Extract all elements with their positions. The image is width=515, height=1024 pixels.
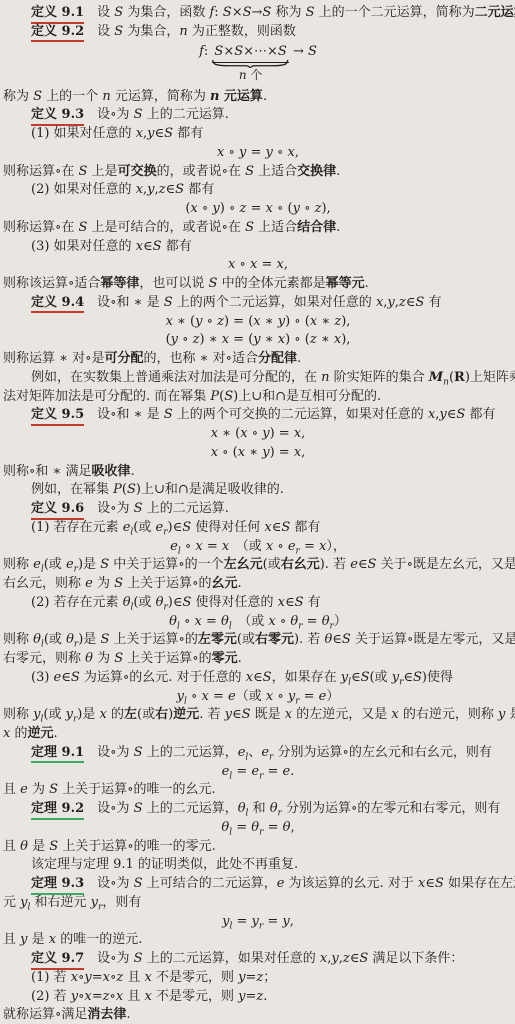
text-segment: e (350, 557, 358, 572)
text-segment: 幺元 (212, 576, 238, 591)
text-segment: ∘ (300, 201, 315, 216)
text-segment: S (114, 576, 123, 591)
definition-label: 定义 9.6 (31, 501, 84, 520)
text-segment: 设∘为 (84, 951, 134, 966)
text-line: 定理 9.1 设∘为 S 上的二元运算，el、er 分别为运算∘的左幺元和右幺元… (3, 744, 513, 763)
text-segment: = (232, 914, 251, 929)
text-line: 例如，在实数集上普通乘法对加法是可分配的，在 n 阶实矩阵的集合 Mn(R)上矩… (3, 369, 513, 388)
text-segment: = (246, 201, 265, 216)
text-segment: 则称∘和 ∗ 满足 (3, 464, 91, 479)
text-line: 右幺元，则称 e 为 S 上关于运算∘的幺元. (3, 575, 513, 594)
text-segment: x (240, 426, 247, 441)
text-line: 定义 9.7 设∘为 S 上的二元运算，如果对任意的 x,y,z∈S 满足以下条… (3, 950, 513, 969)
text-segment: y (212, 201, 219, 216)
formula-line: θl ∘ x = θl （或 x ∘ θr = θr） (3, 613, 513, 632)
text-segment: y (278, 314, 285, 329)
text-segment: y (177, 689, 184, 704)
text-segment: 吸收律 (91, 464, 130, 479)
text-segment: z (343, 951, 350, 966)
text-segment: = (92, 970, 103, 985)
text-segment: e (85, 576, 93, 591)
text-segment: ) = (270, 426, 294, 441)
text-segment: 和 (248, 801, 269, 816)
text-segment: ∘ ( (273, 201, 293, 216)
text-segment: . (365, 276, 369, 291)
text-segment: 上关于运算∘的 (123, 651, 212, 666)
text-segment: (2) 若 (31, 989, 71, 1004)
text-segment: 例如，在实数集上普通乘法对加法是可分配的，在 (31, 370, 321, 385)
text-segment: 为集合， (123, 24, 179, 39)
theorem-label: 定理 9.1 (31, 745, 84, 764)
text-line: 则称该运算∘适合幂等律，也可以说 S 中的全体元素都是幂等元. (3, 275, 513, 294)
text-segment: z (103, 989, 110, 1004)
definition-label: 定义 9.5 (31, 407, 84, 426)
text-segment: . 若 (199, 707, 224, 722)
text-segment: = (300, 689, 319, 704)
text-segment: y (33, 707, 40, 722)
text-line: 称为 S 上的一个 n 元运算，简称为 n 元运算. (3, 88, 513, 107)
text-segment: ∘ (202, 314, 217, 329)
text-segment: 上可结合的二元运算， (143, 876, 277, 891)
text-segment: S (164, 407, 173, 422)
text-segment: 且 (3, 782, 20, 797)
textbook-page: 定义 9.1 设 S 为集合，函数 f: S×S→S 称为 S 上的一个二元运算… (0, 0, 515, 1024)
text-segment: 都有 (290, 520, 320, 535)
text-segment: S (262, 5, 271, 20)
text-segment: (3) (31, 670, 54, 685)
text-line: 右零元，则称 θ 为 S 上关于运算∘的零元. (3, 650, 513, 669)
text-segment: (3) 如果对任意的 (31, 239, 136, 254)
definition-label: 定义 9.1 (31, 5, 84, 24)
text-segment: ), (341, 314, 350, 329)
formula-line-underbrace: f: S×S×⋯×Sn 个 → S (3, 42, 513, 88)
text-segment: y (66, 707, 73, 722)
text-line: 则称运算∘在 S 上是可结合的，或者说∘在 S 上适合结合律. (3, 219, 513, 238)
text-segment: x (211, 426, 218, 441)
text-segment: S (71, 670, 80, 685)
text-segment: = (203, 539, 222, 554)
text-segment: y (147, 126, 154, 141)
text-segment: . (263, 89, 267, 104)
text-segment: ∈ (406, 295, 416, 310)
text-segment: 上适合 (254, 220, 297, 235)
text-segment: = (263, 764, 282, 779)
text-segment: x (103, 970, 110, 985)
text-line: 则称 el(或 er)是 S 中关于运算∘的一个左幺元(或右幺元). 若 e∈S… (3, 556, 513, 575)
text-line: 则称∘和 ∗ 满足吸收律. (3, 463, 513, 482)
text-segment: e (33, 557, 41, 572)
text-segment: ∘ (187, 689, 202, 704)
text-segment: S (164, 295, 173, 310)
text-segment: ) ∘ (220, 201, 240, 216)
text-segment: )是 (78, 632, 100, 647)
text-segment: )上矩阵乘 (465, 370, 515, 385)
text-segment: . (290, 764, 294, 779)
text-segment: 上关于运算∘的 (109, 632, 198, 647)
text-segment: x (136, 126, 143, 141)
text-segment: ∈ (332, 632, 342, 647)
text-segment: 的右逆元，则称 (399, 707, 498, 722)
text-segment: 结合律 (297, 220, 336, 235)
formula-line: x ∘ y = y ∘ x, (3, 144, 513, 163)
text-segment: = (92, 989, 103, 1004)
formula-line: yl = yr = y, (3, 913, 513, 932)
text-segment: θ (322, 614, 330, 629)
text-segment: ∘ (198, 201, 213, 216)
text-segment: y (439, 407, 446, 422)
text-segment: 二元运算 (475, 5, 515, 20)
text-segment: S (100, 557, 109, 572)
text-segment: e (228, 689, 236, 704)
text-segment: 阶实矩阵的集合 (330, 370, 429, 385)
text-segment: (1) 若 (31, 970, 71, 985)
text-line: 该定理与定理 9.1 的证明类似，此处不再重复. (3, 856, 513, 875)
text-segment: . (126, 1007, 130, 1022)
text-segment: 上的二元运算. (143, 107, 229, 122)
text-segment: S (224, 389, 233, 404)
text-segment: 关于运算∘既是左零元，又是 (351, 632, 515, 647)
text-segment: (1) 若存在元素 (31, 520, 123, 535)
text-segment: S (134, 745, 143, 760)
text-segment: ∈ (403, 670, 413, 685)
text-segment: 分别为运算∘的左幺元和右幺元，则有 (273, 745, 492, 760)
text-segment: x (71, 970, 78, 985)
text-line: 则称运算 ∗ 对∘是可分配的，也称 ∗ 对∘适合分配律. (3, 350, 513, 369)
text-segment: ，则有 (102, 895, 141, 910)
text-segment: 设 (84, 5, 114, 20)
text-segment: 中的全体元素都是 (217, 276, 325, 291)
text-segment: ) = (270, 445, 294, 460)
text-segment: . (297, 351, 301, 366)
text-segment: )∈ (168, 595, 183, 610)
text-segment: x (166, 314, 173, 329)
text-segment: ，也可以说 (139, 276, 208, 291)
text-segment: y (171, 332, 178, 347)
text-segment: （或 (229, 539, 266, 554)
text-segment: 和右逆元 (30, 895, 90, 910)
definition-label: 定义 9.2 (31, 24, 84, 43)
text-segment: x (277, 257, 284, 272)
text-segment: ∘ (273, 539, 288, 554)
text-line: 定理 9.2 设∘为 S 上的二元运算，θl 和 θr 分别为运算∘的左零元和右… (3, 800, 513, 819)
text-segment: （或 (232, 614, 269, 629)
text-segment: 使得对任何 (191, 520, 264, 535)
text-segment: 上的一个 (42, 89, 102, 104)
text-segment: 不是零元，则 (152, 970, 238, 985)
text-segment: ∘ (178, 332, 193, 347)
text-segment: = (300, 539, 319, 554)
text-segment: y (293, 201, 300, 216)
text-segment: ∈ (61, 670, 71, 685)
text-segment: (或 (137, 707, 155, 722)
text-segment: θ (85, 651, 93, 666)
text-segment: (或 (43, 707, 65, 722)
theorem-label: 定理 9.2 (31, 801, 84, 820)
definition-label: 定义 9.3 (31, 107, 84, 126)
text-segment: ∗ (317, 314, 334, 329)
text-segment: 元运算，简称为 (111, 89, 210, 104)
text-segment: ∘ (224, 145, 239, 160)
formula-line: el = er = e. (3, 763, 513, 782)
text-line: 则称运算∘在 S 上是可交换的，或者说∘在 S 上适合交换律. (3, 163, 513, 182)
text-segment: z (310, 332, 317, 347)
text-segment: 逆元 (27, 726, 53, 741)
text-segment: y (266, 145, 273, 160)
text-segment: z (399, 295, 406, 310)
text-segment: ∈ (351, 670, 361, 685)
text-line: 定义 9.3 设∘为 S 上的二元运算. (3, 106, 513, 125)
text-segment: n (179, 24, 187, 39)
text-segment: n (321, 370, 329, 385)
text-segment: 且 (123, 970, 144, 985)
text-segment: x (285, 707, 292, 722)
text-segment: = (232, 820, 251, 835)
text-line: 定义 9.6 设∘为 S 上的二元运算. (3, 500, 513, 519)
text-segment: ) = ( (224, 314, 253, 329)
text-segment: y (253, 332, 260, 347)
text-segment: S (214, 44, 223, 59)
text-line: 元 yl 和右逆元 yr，则有 (3, 894, 513, 913)
text-segment: 上的二元运算， (143, 745, 238, 760)
text-segment: 消去律 (87, 1007, 126, 1022)
text-segment: , (284, 257, 288, 272)
text-segment: S (114, 5, 123, 20)
text-segment: S (153, 239, 162, 254)
text-segment: 就称运算∘满足 (3, 1007, 87, 1022)
text-segment: ∘ (276, 614, 291, 629)
text-segment: 都有 (162, 239, 192, 254)
text-segment: ), (321, 201, 330, 216)
text-segment: 为 (93, 651, 114, 666)
text-segment: θ (66, 632, 74, 647)
text-segment: 上关于运算∘的 (123, 576, 212, 591)
text-segment: S (295, 595, 304, 610)
text-segment: 法对矩阵加法是可分配的. 而在幂集 (3, 389, 210, 404)
text-segment: ∘ (248, 426, 263, 441)
text-segment: ) ∗ (200, 332, 222, 347)
text-segment: S (278, 44, 287, 59)
text-segment: , (290, 914, 294, 929)
text-segment: 设∘为 (84, 801, 134, 816)
text-segment: 设 (84, 24, 114, 39)
text-segment: x (246, 670, 253, 685)
text-segment: (或 (44, 557, 66, 572)
text-segment: x (391, 707, 398, 722)
text-segment: . (131, 464, 135, 479)
text-segment: 上的两个可交换的二元运算，如果对任意的 (173, 407, 428, 422)
text-segment: y (84, 970, 91, 985)
text-segment: S (134, 876, 143, 891)
text-segment: x (268, 614, 275, 629)
text-segment: 分配律 (258, 351, 297, 366)
text-line: 定义 9.4 设∘和 ∗ 是 S 上的两个二元运算，如果对任意的 x,y,z∈S… (3, 294, 513, 313)
theorem-label: 定理 9.3 (31, 876, 84, 895)
text-segment: ∈ (350, 951, 360, 966)
text-line: (1) 如果对任意的 x,y∈S 都有 (3, 125, 513, 144)
text-segment: 元运算 (219, 89, 263, 104)
text-segment: x (211, 445, 218, 460)
text-segment: . (238, 576, 242, 591)
text-segment: z (159, 182, 166, 197)
text-segment: , (290, 820, 294, 835)
text-segment: S (342, 632, 351, 647)
text-segment: 上适合 (254, 164, 297, 179)
text-line: 定义 9.1 设 S 为集合，函数 f: S×S→S 称为 S 上的一个二元运算… (3, 4, 513, 23)
text-segment: 设∘和 ∗ 是 (84, 407, 164, 422)
text-segment: = (257, 257, 276, 272)
text-segment: (或 (369, 670, 391, 685)
text-segment: 为正整数，则函数 (188, 24, 296, 39)
text-line: 且 θ 是 S 上关于运算∘的唯一的零元. (3, 838, 513, 857)
text-line: (2) 若 y∘x=z∘x 且 x 不是零元，则 y=z. (3, 988, 513, 1007)
text-segment: y (262, 445, 269, 460)
text-segment: x (84, 989, 91, 1004)
text-segment: 称为 (3, 89, 33, 104)
definition-label: 定义 9.4 (31, 295, 84, 314)
text-segment: 左零元 (198, 632, 237, 647)
text-segment: S (134, 801, 143, 816)
text-segment: ) ∘ ( (285, 332, 310, 347)
text-segment: x (195, 539, 202, 554)
text-segment: . (263, 989, 267, 1004)
text-segment: y (225, 707, 232, 722)
text-segment: y (20, 895, 27, 910)
text-segment: 幂等律 (100, 276, 139, 291)
text-segment: 则称运算∘在 (3, 220, 79, 235)
text-segment: )使得 (422, 670, 453, 685)
text-line: 则称 yl(或 yr)是 x 的左(或右)逆元. 若 y∈S 既是 x 的左逆元… (3, 706, 513, 725)
text-segment: × (223, 44, 234, 59)
text-segment: （或 (236, 689, 266, 704)
text-segment: n (210, 89, 219, 104)
text-segment: 且 (3, 932, 20, 947)
text-segment: θ (221, 614, 229, 629)
text-segment: ), (341, 332, 350, 347)
text-line: 定理 9.3 设∘为 S 上可结合的二元运算，e 为该运算的幺元. 对于 x∈S… (3, 875, 513, 894)
text-segment: 使得对任意的 (191, 595, 277, 610)
text-segment: ). 若 (320, 557, 350, 572)
text-segment: (或 (133, 595, 155, 610)
text-segment: ∈ (425, 876, 435, 891)
text-segment: = (303, 614, 322, 629)
text-segment: z (193, 332, 200, 347)
text-segment: e (288, 539, 296, 554)
text-segment: , (295, 145, 299, 160)
text-segment: S (134, 501, 143, 516)
text-segment: y (20, 932, 27, 947)
text-segment: S (182, 520, 191, 535)
text-segment: e (66, 557, 74, 572)
text-line: 定义 9.2 设 S 为集合，n 为正整数，则函数 (3, 23, 513, 42)
text-segment: 可分配 (104, 351, 143, 366)
underbrace-count-label: n 个 (212, 68, 288, 82)
text-segment: 且 (3, 839, 20, 854)
text-segment: x (145, 989, 152, 1004)
text-segment: 如果存在左逆 (444, 876, 515, 891)
text-segment: x (288, 145, 295, 160)
text-line: 定义 9.5 设∘和 ∗ 是 S 上的两个可交换的二元运算，如果对任意的 x,y… (3, 406, 513, 425)
text-segment: 为运算∘的幺元. 对于任意的 (80, 670, 246, 685)
text-segment: S (114, 24, 123, 39)
text-segment: . (238, 651, 242, 666)
text-segment: S (359, 951, 368, 966)
text-segment: 都有 (173, 126, 203, 141)
text-segment: 上的二元运算，如果对任意的 (143, 951, 320, 966)
text-segment: 设∘为 (84, 745, 134, 760)
text-segment: ∘ ( (218, 445, 238, 460)
text-segment: ） (326, 689, 339, 704)
text-line: 法对矩阵加法是可分配的. 而在幂集 P(S)上∪和∩是互相可分配的. (3, 388, 513, 407)
text-segment: x (136, 239, 143, 254)
text-segment: 为该运算的幺元. 对于 (284, 876, 418, 891)
text-segment: ∈ (155, 126, 165, 141)
text-segment: 则称 (3, 632, 33, 647)
text-segment: ∘ (273, 145, 288, 160)
text-line: (2) 若存在元素 θl(或 θr)∈S 使得对任意的 x∈S 有 (3, 594, 513, 613)
text-segment: 右幺元 (281, 557, 320, 572)
text-segment: S (413, 670, 422, 685)
text-line: 就称运算∘满足消去律. (3, 1006, 513, 1024)
text-segment: )上∪和∩是满足吸收律的. (136, 482, 284, 497)
text-segment: P (113, 482, 122, 497)
text-segment: ） (334, 614, 347, 629)
text-segment: x (264, 520, 271, 535)
text-segment: 幂等元 (326, 276, 365, 291)
text-segment: x (278, 332, 285, 347)
text-segment: ； (263, 970, 276, 985)
formula-line: (x ∘ y) ∘ z = x ∘ (y ∘ z), (3, 200, 513, 219)
text-segment: )∈ (168, 520, 183, 535)
text-segment: (或 (44, 632, 66, 647)
text-segment: e (20, 782, 28, 797)
text-segment: θ (33, 632, 41, 647)
text-segment: 设∘为 (84, 501, 134, 516)
text-segment: θ (238, 801, 246, 816)
text-segment: θ (169, 614, 177, 629)
text-segment: S (164, 126, 173, 141)
text-segment: ∘ (273, 689, 288, 704)
formula-line: yl ∘ x = e（或 x ∘ yr = e） (3, 688, 513, 707)
text-segment: 零元 (212, 651, 238, 666)
text-segment: , (301, 445, 305, 460)
text-segment: y (282, 914, 289, 929)
text-segment: ∗ ( (173, 314, 195, 329)
formula-line: (y ∘ z) ∗ x = (y ∗ x) ∘ (z ∗ x), (3, 331, 513, 350)
text-segment: → (289, 44, 308, 59)
text-segment: ∈ (253, 670, 263, 685)
text-segment: . (54, 726, 58, 741)
text-segment: 有 (424, 295, 441, 310)
text-segment: 交换律 (297, 164, 336, 179)
text-segment: S (49, 839, 58, 854)
text-segment: y (91, 895, 98, 910)
text-segment: 是 (28, 839, 49, 854)
text-line: 且 e 为 S 上关于运算∘的唯一的幺元. (3, 781, 513, 800)
text-segment: . (336, 164, 340, 179)
text-segment: 则称该运算∘适合 (3, 276, 100, 291)
text-segment: )是 (78, 557, 100, 572)
text-segment: x (266, 201, 273, 216)
text-segment: 则称运算 ∗ 对∘是 (3, 351, 104, 366)
text-segment: S (134, 107, 143, 122)
text-segment: 都有 (184, 182, 214, 197)
text-segment: S (245, 164, 254, 179)
text-line: x 的逆元. (3, 725, 513, 744)
text-segment: x (49, 932, 56, 947)
text-segment: 为 (28, 782, 49, 797)
text-segment: 上是可结合的，或者说∘在 (87, 220, 245, 235)
text-segment: y (147, 182, 154, 197)
